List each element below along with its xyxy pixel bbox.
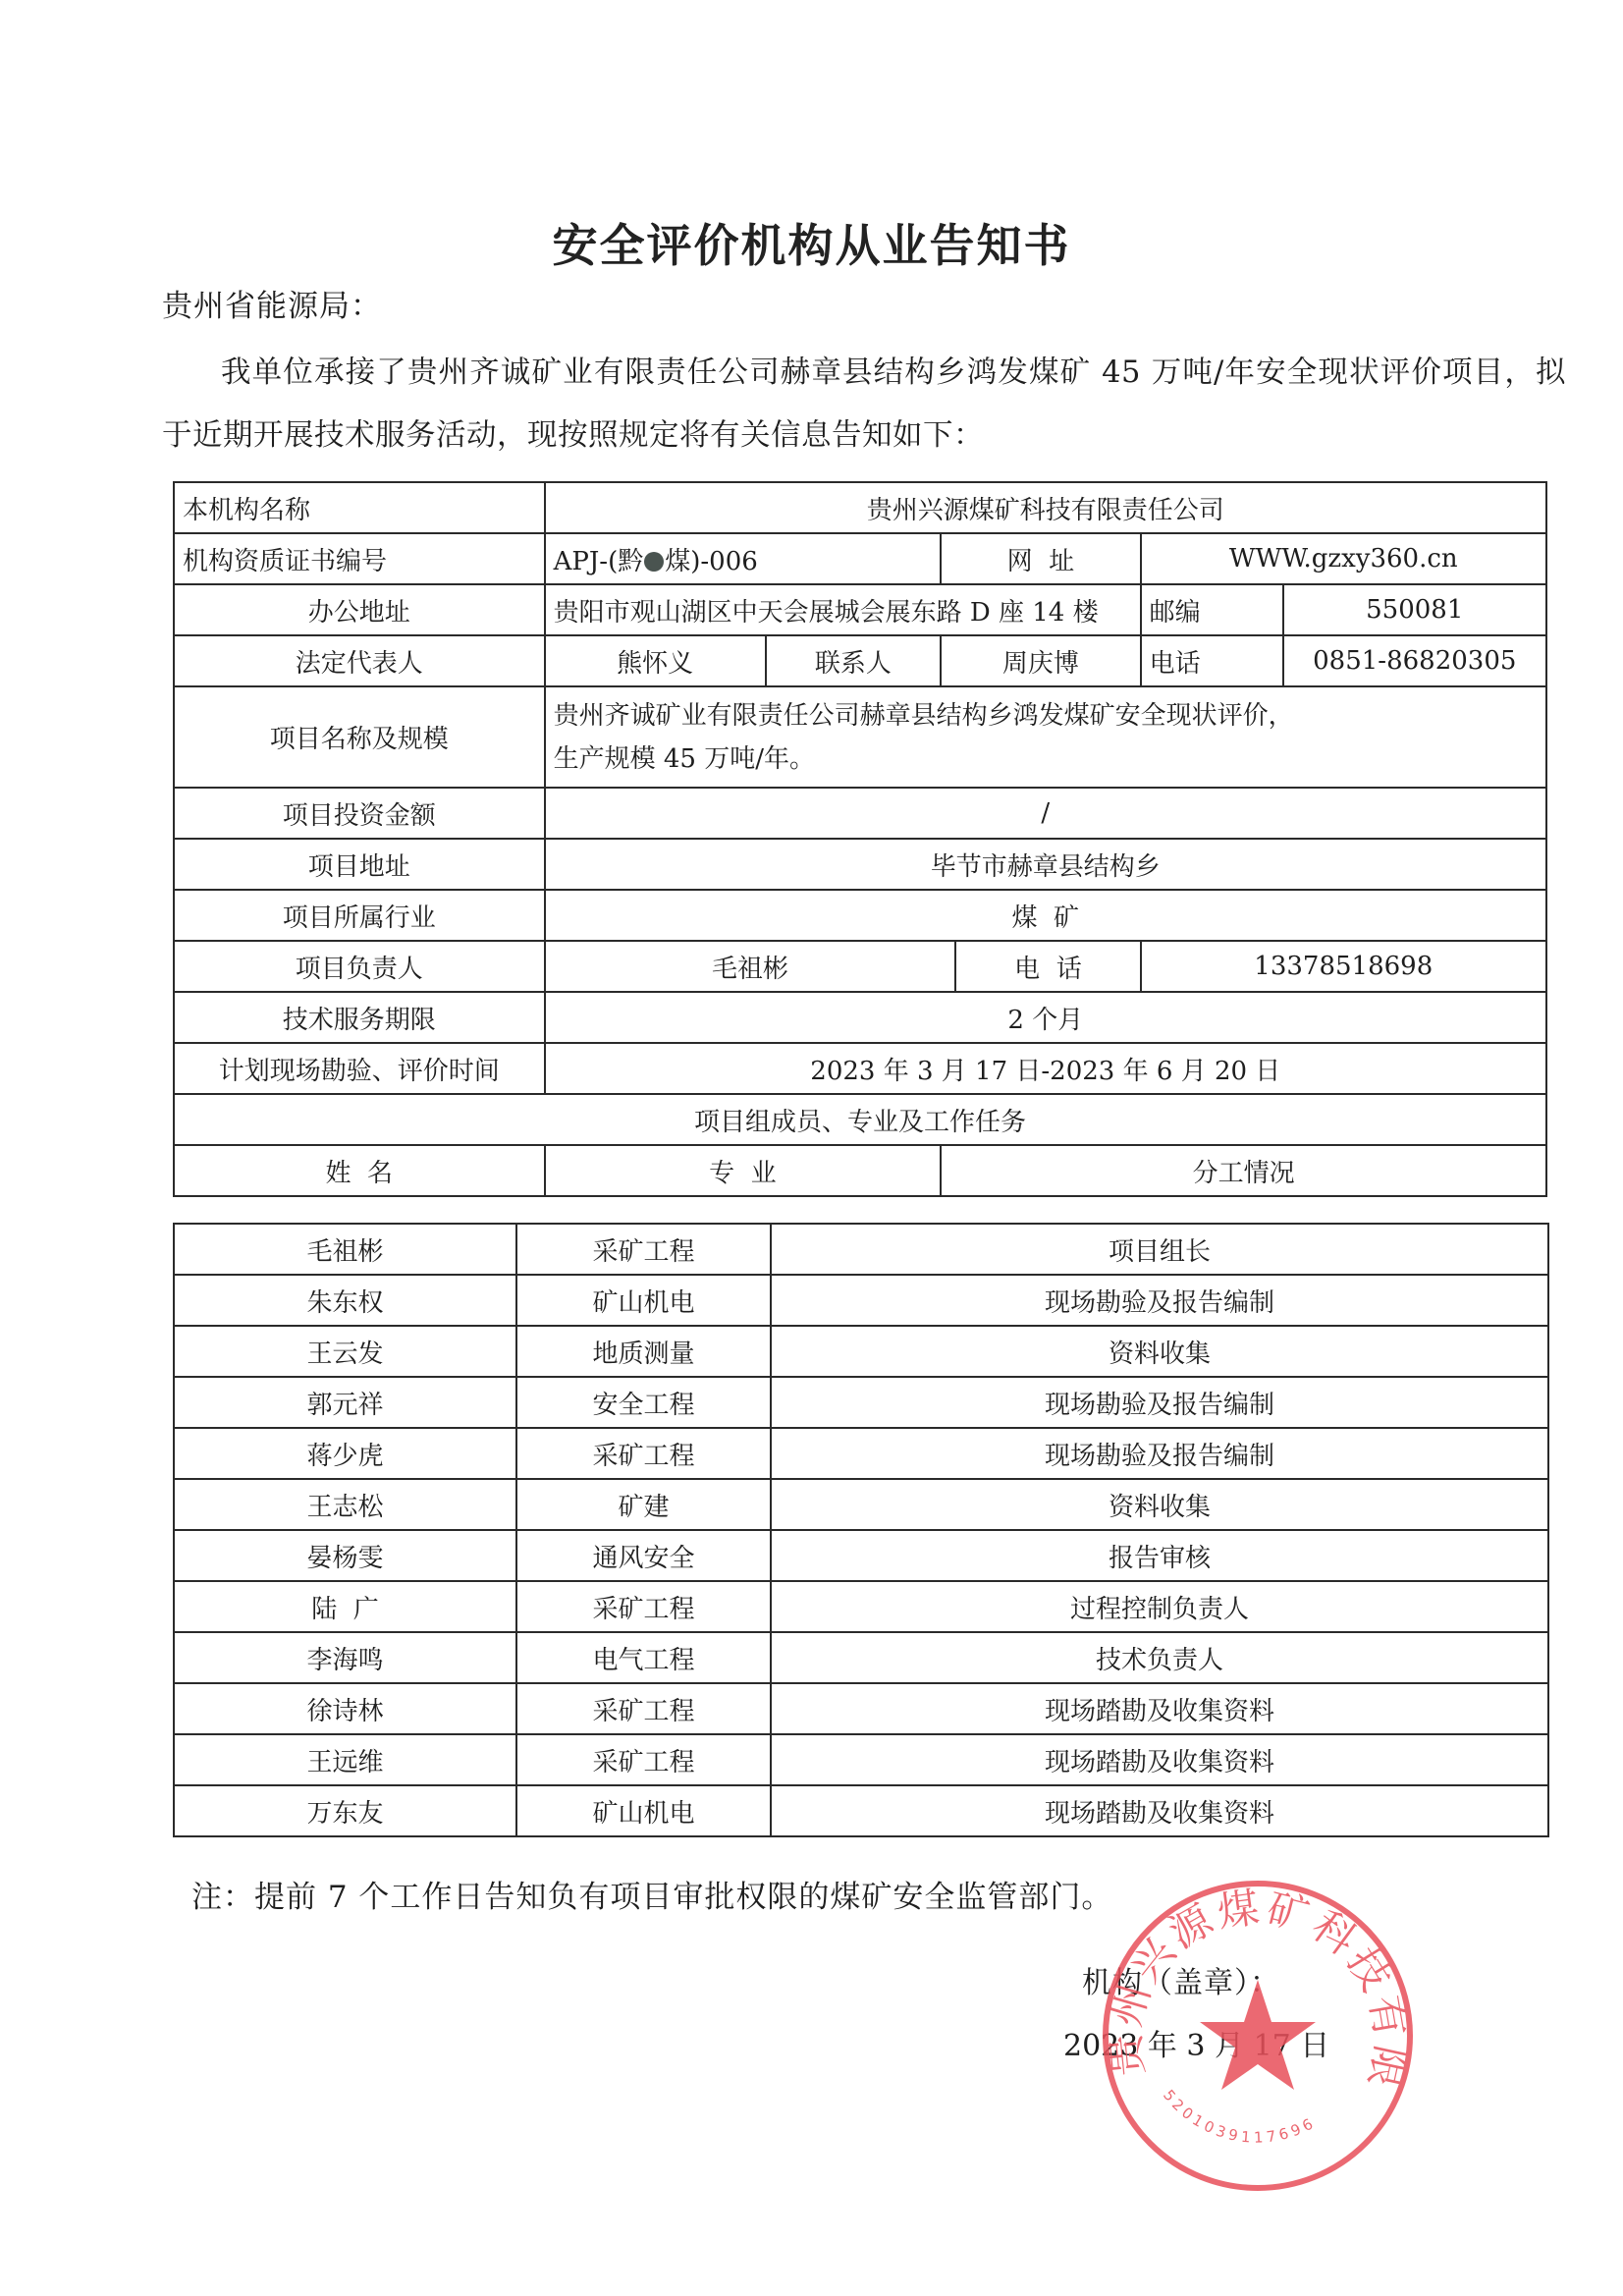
member-task: 报告审核	[771, 1530, 1548, 1581]
redacted-dot-icon	[644, 552, 664, 572]
row-project-name: 项目名称及规模 贵州齐诚矿业有限责任公司赫章县结构乡鸿发煤矿安全现状评价， 生产…	[174, 686, 1546, 788]
document-title: 安全评价机构从业告知书	[0, 210, 1623, 275]
contact-value: 周庆博	[941, 635, 1140, 686]
project-name-label: 项目名称及规模	[174, 686, 545, 788]
industry-label: 项目所属行业	[174, 890, 545, 941]
member-major: 矿山机电	[516, 1275, 771, 1326]
svg-text:5201039117696: 5201039117696	[1160, 2086, 1320, 2146]
company-seal-icon: 贵州兴源煤矿科技有限责任公司 5201039117696	[1100, 1878, 1416, 2194]
member-task: 现场勘验及报告编制	[771, 1428, 1548, 1479]
member-row: 王志松矿建资料收集	[174, 1479, 1548, 1530]
leader-value: 毛祖彬	[545, 941, 956, 992]
member-task: 现场踏勘及收集资料	[771, 1683, 1548, 1734]
member-name: 王云发	[174, 1326, 516, 1377]
contact-label: 联系人	[766, 635, 942, 686]
website-label: 网 址	[941, 533, 1140, 584]
member-major: 矿建	[516, 1479, 771, 1530]
address-value: 贵阳市观山湖区中天会展城会展东路 D 座 14 楼	[545, 584, 1141, 635]
project-name-value: 贵州齐诚矿业有限责任公司赫章县结构乡鸿发煤矿安全现状评价， 生产规模 45 万吨…	[545, 686, 1546, 788]
member-task: 现场勘验及报告编制	[771, 1275, 1548, 1326]
member-task: 项目组长	[771, 1224, 1548, 1275]
row-cert: 机构资质证书编号 APJ-(黔煤)-006 网 址 WWW.gzxy360.cn	[174, 533, 1546, 584]
member-row: 王云发地质测量资料收集	[174, 1326, 1548, 1377]
leader-label: 项目负责人	[174, 941, 545, 992]
industry-value: 煤 矿	[545, 890, 1546, 941]
leader-phone-value: 13378518698	[1141, 941, 1546, 992]
member-row: 毛祖彬采矿工程项目组长	[174, 1224, 1548, 1275]
member-task: 过程控制负责人	[771, 1581, 1548, 1632]
project-name-line1: 贵州齐诚矿业有限责任公司赫章县结构乡鸿发煤矿安全现状评价，	[554, 694, 1538, 738]
schedule-label: 计划现场勘验、评价时间	[174, 1043, 545, 1094]
member-name: 王志松	[174, 1479, 516, 1530]
row-schedule: 计划现场勘验、评价时间 2023 年 3 月 17 日-2023 年 6 月 2…	[174, 1043, 1546, 1094]
row-org-name: 本机构名称 贵州兴源煤矿科技有限责任公司	[174, 482, 1546, 533]
postcode-value: 550081	[1283, 584, 1546, 635]
members-table: 毛祖彬采矿工程项目组长朱东权矿山机电现场勘验及报告编制王云发地质测量资料收集郭元…	[173, 1223, 1549, 1837]
member-task: 资料收集	[771, 1326, 1548, 1377]
cert-value: APJ-(黔煤)-006	[545, 533, 942, 584]
notice-table: 本机构名称 贵州兴源煤矿科技有限责任公司 机构资质证书编号 APJ-(黔煤)-0…	[173, 481, 1547, 1197]
member-task: 现场踏勘及收集资料	[771, 1785, 1548, 1836]
leader-phone-label: 电 话	[955, 941, 1140, 992]
row-location: 项目地址 毕节市赫章县结构乡	[174, 839, 1546, 890]
member-task: 现场勘验及报告编制	[771, 1377, 1548, 1428]
member-row: 陆 广采矿工程过程控制负责人	[174, 1581, 1548, 1632]
org-name-label: 本机构名称	[174, 482, 545, 533]
member-name: 陆 广	[174, 1581, 516, 1632]
member-name: 王远维	[174, 1734, 516, 1785]
address-label: 办公地址	[174, 584, 545, 635]
stamp-code: 5201039117696	[1160, 2086, 1320, 2146]
row-legal-rep: 法定代表人 熊怀义 联系人 周庆博 电话 0851-86820305	[174, 635, 1546, 686]
member-major: 采矿工程	[516, 1683, 771, 1734]
header-major: 专 业	[545, 1145, 942, 1196]
row-leader: 项目负责人 毛祖彬 电 话 13378518698	[174, 941, 1546, 992]
phone-value: 0851-86820305	[1283, 635, 1546, 686]
cert-suffix: 煤)-006	[665, 547, 758, 576]
member-name: 毛祖彬	[174, 1224, 516, 1275]
member-task: 现场踏勘及收集资料	[771, 1734, 1548, 1785]
phone-label: 电话	[1141, 635, 1283, 686]
cert-label: 机构资质证书编号	[174, 533, 545, 584]
member-major: 采矿工程	[516, 1734, 771, 1785]
member-major: 矿山机电	[516, 1785, 771, 1836]
member-major: 采矿工程	[516, 1581, 771, 1632]
member-major: 采矿工程	[516, 1428, 771, 1479]
member-name: 朱东权	[174, 1275, 516, 1326]
duration-label: 技术服务期限	[174, 992, 545, 1043]
member-major: 采矿工程	[516, 1224, 771, 1275]
members-header-row: 姓 名 专 业 分工情况	[174, 1145, 1546, 1196]
legal-rep-value: 熊怀义	[545, 635, 766, 686]
legal-rep-label: 法定代表人	[174, 635, 545, 686]
row-investment: 项目投资金额 /	[174, 788, 1546, 839]
member-task: 资料收集	[771, 1479, 1548, 1530]
member-row: 郭元祥安全工程现场勘验及报告编制	[174, 1377, 1548, 1428]
member-row: 蒋少虎采矿工程现场勘验及报告编制	[174, 1428, 1548, 1479]
member-name: 晏杨雯	[174, 1530, 516, 1581]
row-industry: 项目所属行业 煤 矿	[174, 890, 1546, 941]
member-row: 朱东权矿山机电现场勘验及报告编制	[174, 1275, 1548, 1326]
member-task: 技术负责人	[771, 1632, 1548, 1683]
schedule-value: 2023 年 3 月 17 日-2023 年 6 月 20 日	[545, 1043, 1546, 1094]
member-major: 通风安全	[516, 1530, 771, 1581]
intro-paragraph: 我单位承接了贵州齐诚矿业有限责任公司赫章县结构乡鸿发煤矿 45 万吨/年安全现状…	[162, 342, 1566, 467]
location-value: 毕节市赫章县结构乡	[545, 839, 1546, 890]
member-row: 万东友矿山机电现场踏勘及收集资料	[174, 1785, 1548, 1836]
member-row: 李海鸣电气工程技术负责人	[174, 1632, 1548, 1683]
org-name-value: 贵州兴源煤矿科技有限责任公司	[545, 482, 1546, 533]
row-members-title: 项目组成员、专业及工作任务	[174, 1094, 1546, 1145]
members-section-title: 项目组成员、专业及工作任务	[174, 1094, 1546, 1145]
postcode-label: 邮编	[1141, 584, 1283, 635]
duration-value: 2 个月	[545, 992, 1546, 1043]
investment-label: 项目投资金额	[174, 788, 545, 839]
member-name: 蒋少虎	[174, 1428, 516, 1479]
addressee: 贵州省能源局：	[162, 281, 382, 325]
member-name: 万东友	[174, 1785, 516, 1836]
note: 注：提前 7 个工作日告知负有项目审批权限的煤矿安全监管部门。	[191, 1872, 1112, 1916]
row-address: 办公地址 贵阳市观山湖区中天会展城会展东路 D 座 14 楼 邮编 550081	[174, 584, 1546, 635]
member-row: 徐诗林采矿工程现场踏勘及收集资料	[174, 1683, 1548, 1734]
header-name: 姓 名	[174, 1145, 545, 1196]
project-name-line2: 生产规模 45 万吨/年。	[554, 738, 1538, 781]
cert-prefix: APJ-(黔	[554, 547, 644, 576]
member-major: 地质测量	[516, 1326, 771, 1377]
member-major: 安全工程	[516, 1377, 771, 1428]
member-major: 电气工程	[516, 1632, 771, 1683]
member-name: 郭元祥	[174, 1377, 516, 1428]
member-name: 李海鸣	[174, 1632, 516, 1683]
member-name: 徐诗林	[174, 1683, 516, 1734]
row-duration: 技术服务期限 2 个月	[174, 992, 1546, 1043]
header-task: 分工情况	[941, 1145, 1546, 1196]
investment-value: /	[545, 788, 1546, 839]
member-row: 晏杨雯通风安全报告审核	[174, 1530, 1548, 1581]
location-label: 项目地址	[174, 839, 545, 890]
member-row: 王远维采矿工程现场踏勘及收集资料	[174, 1734, 1548, 1785]
website-value: WWW.gzxy360.cn	[1141, 533, 1546, 584]
